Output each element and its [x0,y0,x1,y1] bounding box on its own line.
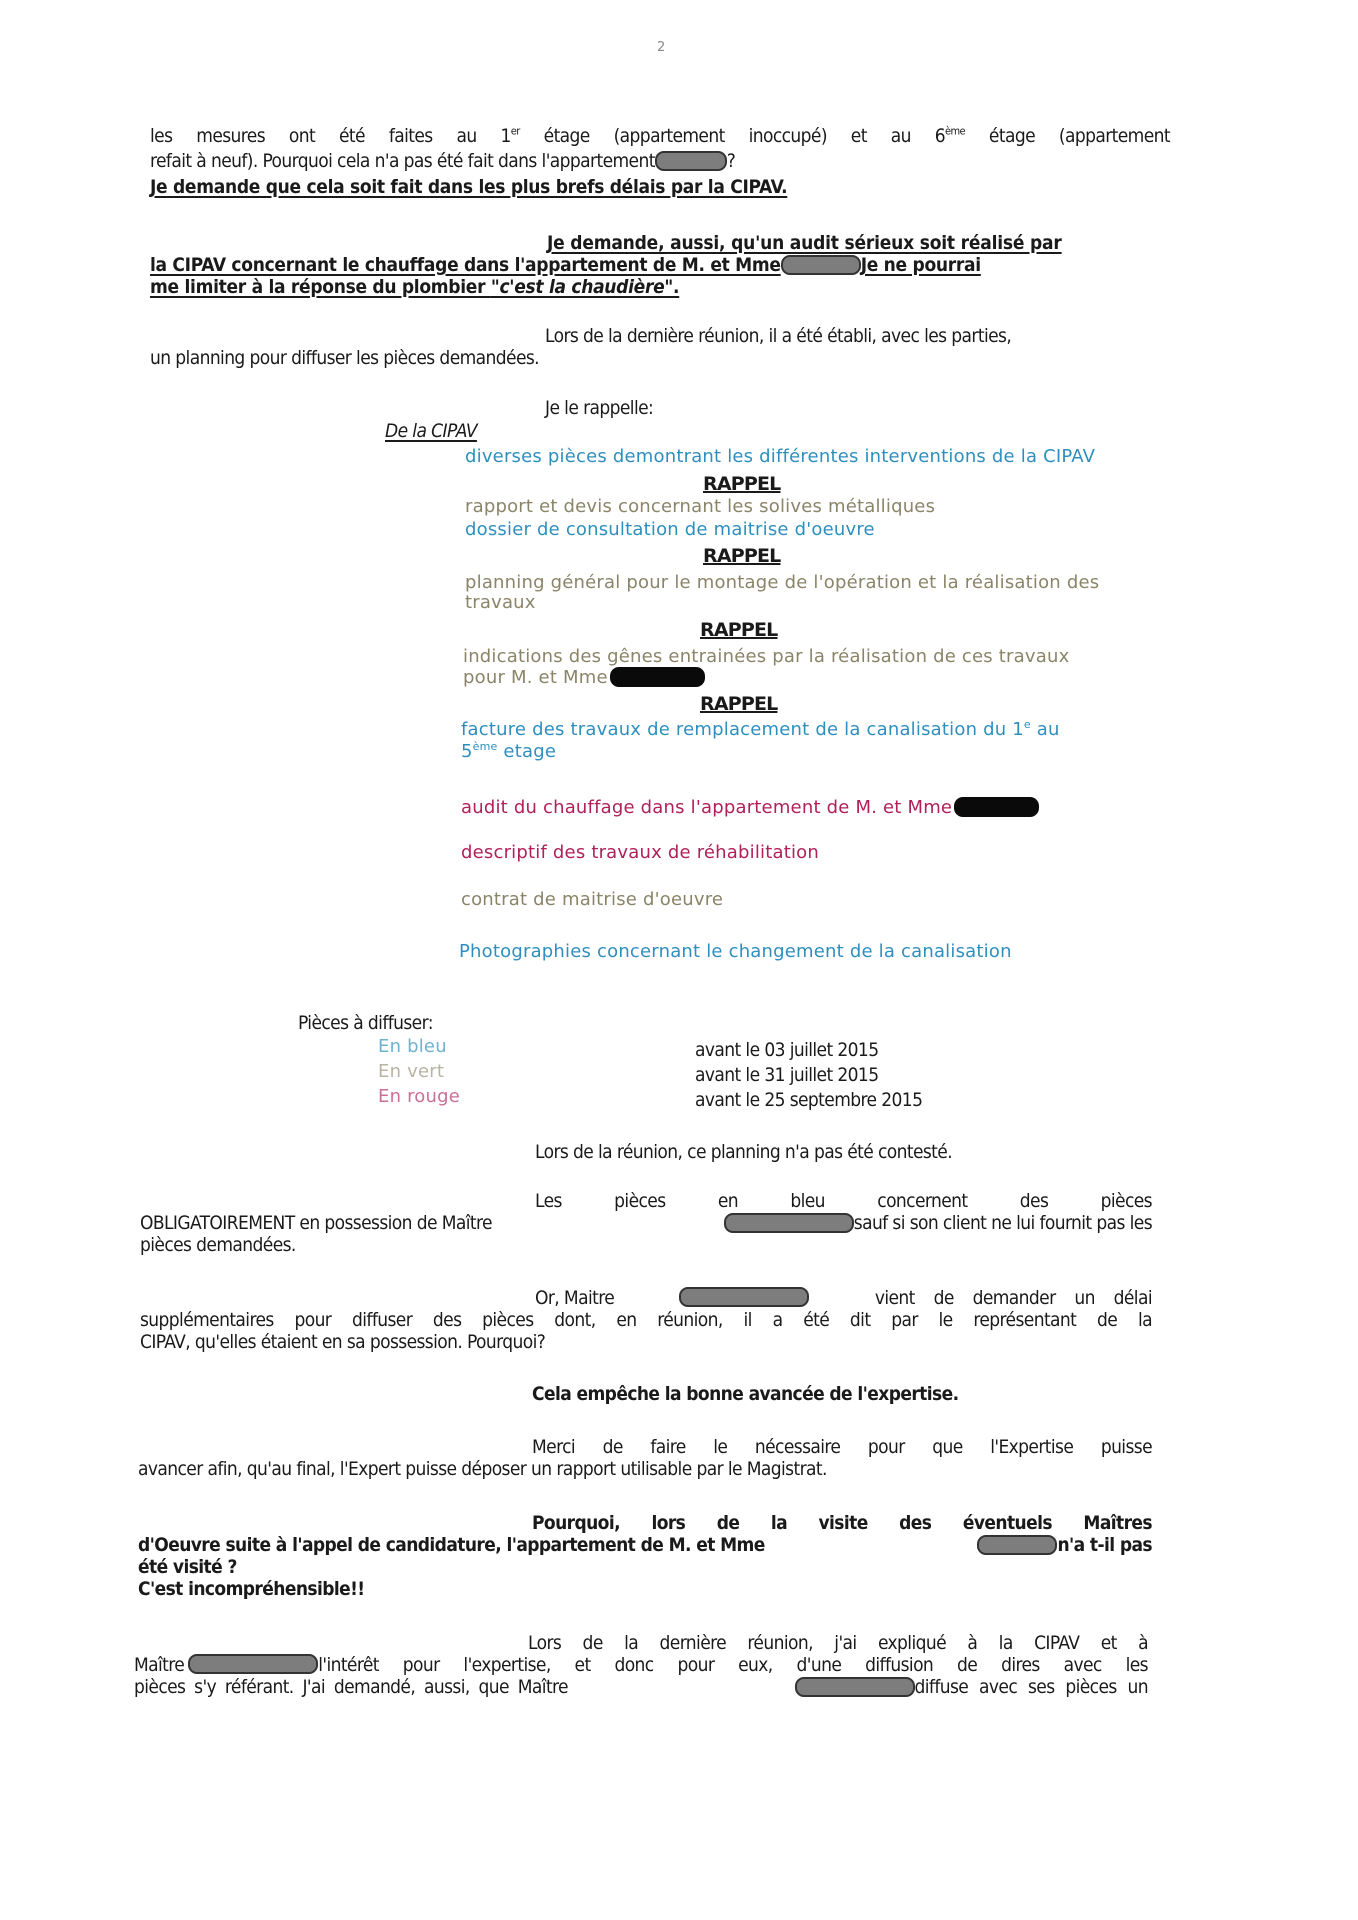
p2-line2-end: Je ne pourrai [861,254,981,276]
schedule-title: Pièces à diffuser: [298,1012,433,1034]
p5-line1: Or, Maitre vient de demander un délai [535,1287,1152,1309]
p6-line1: Cela empêche la bonne avancée de l'exper… [532,1383,958,1405]
p4-line3: pièces demandées. [140,1234,296,1256]
reminder-item-cont: 5ème etage [461,742,556,762]
p2-line3-text: me limiter à la réponse du plombier [150,276,491,298]
schedule-deadline: avant le 25 septembre 2015 [695,1089,922,1111]
p8-line2-text: d'Oeuvre suite à l'appel de candidature,… [138,1534,765,1556]
item-text: au [1031,719,1060,740]
reminder-item: facture des travaux de remplacement de l… [461,720,1060,740]
p9-line3: pièces s'y référant. J'ai demandé, aussi… [134,1676,1148,1698]
item-sup: ème [473,740,498,753]
reminder-item: dossier de consultation de maitrise d'oe… [465,520,875,540]
p1-sup-1: er [511,125,520,138]
redaction [954,797,1039,817]
p7-line1: Merci de faire le nécessaire pour que l'… [532,1436,1152,1458]
p9-line2-text: Maître [134,1654,184,1676]
p8-line1: Pourquoi, lors de la visite des éventuel… [532,1512,1152,1534]
reminder-intro: Je le rappelle: [545,397,653,419]
redaction [679,1287,809,1307]
planning-line1: Lors de la dernière réunion, il a été ét… [545,325,1011,347]
p7-line2: avancer afin, qu'au final, l'Expert puis… [138,1458,827,1480]
p8-line3: été visité ? [138,1556,237,1578]
p5-line1-end: vient de demander un délai [875,1287,1152,1309]
schedule-deadline: avant le 03 juillet 2015 [695,1039,878,1061]
redaction [655,151,727,171]
p1-line1-b: étage (appartement inoccupé) et au 6 [520,125,945,147]
p1-line2: refait à neuf). Pourquoi cela n'a pas ét… [150,150,735,172]
reminder-item: indications des gênes entrainées par la … [463,647,1069,667]
reminder-item: Photographies concernant le changement d… [459,942,1012,962]
item-text: etage [498,741,557,762]
request-line: Je demande que cela soit fait dans les p… [150,176,787,198]
p2-line2-text: la CIPAV concernant le chauffage dans l'… [150,254,781,276]
page-number: 2 [657,40,665,55]
reminder-item: diverses pièces demontrant les différent… [465,447,1095,467]
p1-line2-end: ? [727,150,735,172]
p8-line2-end: n'a t-il pas [1057,1534,1152,1556]
item-sup: e [1024,718,1031,731]
rappel-label: RAPPEL [700,619,777,641]
redaction [610,667,705,687]
p8-line2: d'Oeuvre suite à l'appel de candidature,… [138,1534,1152,1556]
p4-line2-text: OBLIGATOIREMENT en possession de Maître [140,1212,492,1234]
item-text: facture des travaux de remplacement de l… [461,719,1024,740]
p1-line2-text: refait à neuf). Pourquoi cela n'a pas ét… [150,150,655,172]
reminder-item-cont: pour M. et Mme [463,667,705,688]
item-text: 5 [461,741,473,762]
reminder-source: De la CIPAV [385,420,477,442]
p9-line3-end: diffuse avec ses pièces un [915,1676,1148,1698]
reminder-item-cont: travaux [465,593,536,613]
p1-line1-c: étage (appartement [965,125,1170,147]
schedule-note: Lors de la réunion, ce planning n'a pas … [535,1141,952,1163]
p8-line4: C'est incompréhensible!! [138,1578,365,1600]
p5-line2: supplémentaires pour diffuser des pièces… [140,1309,1152,1331]
schedule-deadline: avant le 31 juillet 2015 [695,1064,878,1086]
paragraph-measurements: les mesures ont été faites au 1er étage … [150,125,1170,147]
p9-line2: Maître l'intérêt pour l'expertise, et do… [134,1654,1148,1676]
plumber-quote: "c'est la chaudière" [491,276,673,298]
reminder-item: descriptif des travaux de réhabilitation [461,843,819,863]
audit-request-line1: Je demande, aussi, qu'un audit sérieux s… [547,232,1062,254]
p9-line1: Lors de la dernière réunion, j'ai expliq… [528,1632,1148,1654]
redaction [724,1213,854,1233]
schedule-color-label: En vert [378,1062,444,1082]
rappel-label: RAPPEL [700,693,777,715]
p5-line1-text: Or, Maitre [535,1287,614,1309]
p4-line2-end: sauf si son client ne lui fournit pas le… [854,1212,1152,1234]
rappel-label: RAPPEL [703,473,780,495]
p1-line1-a: les mesures ont été faites au 1 [150,125,511,147]
audit-request-line2: la CIPAV concernant le chauffage dans l'… [150,254,981,276]
p5-line3: CIPAV, qu'elles étaient en sa possession… [140,1331,545,1353]
rappel-label: RAPPEL [703,545,780,567]
p4-line2: OBLIGATOIREMENT en possession de Maître … [140,1212,1152,1234]
redaction [188,1654,318,1674]
p9-line3-text: pièces s'y référant. J'ai demandé, aussi… [134,1676,568,1698]
p9-line2-end: l'intérêt pour l'expertise, et donc pour… [318,1654,1148,1676]
reminder-item: planning général pour le montage de l'op… [465,573,1099,593]
reminder-item: rapport et devis concernant les solives … [465,497,935,517]
redaction [977,1535,1057,1555]
p1-sup-2: ème [945,125,965,138]
audit-request-line3: me limiter à la réponse du plombier "c'e… [150,276,679,298]
planning-line2: un planning pour diffuser les pièces dem… [150,347,539,369]
reminder-item: contrat de maitrise d'oeuvre [461,890,723,910]
p4-line1: Les pièces en bleu concernent des pièces [535,1190,1152,1212]
redaction [781,255,861,275]
schedule-color-label: En bleu [378,1037,447,1057]
reminder-item: audit du chauffage dans l'appartement de… [461,797,1039,818]
p2-line3-end: . [673,276,679,298]
schedule-color-label: En rouge [378,1087,460,1107]
redaction [795,1677,915,1697]
